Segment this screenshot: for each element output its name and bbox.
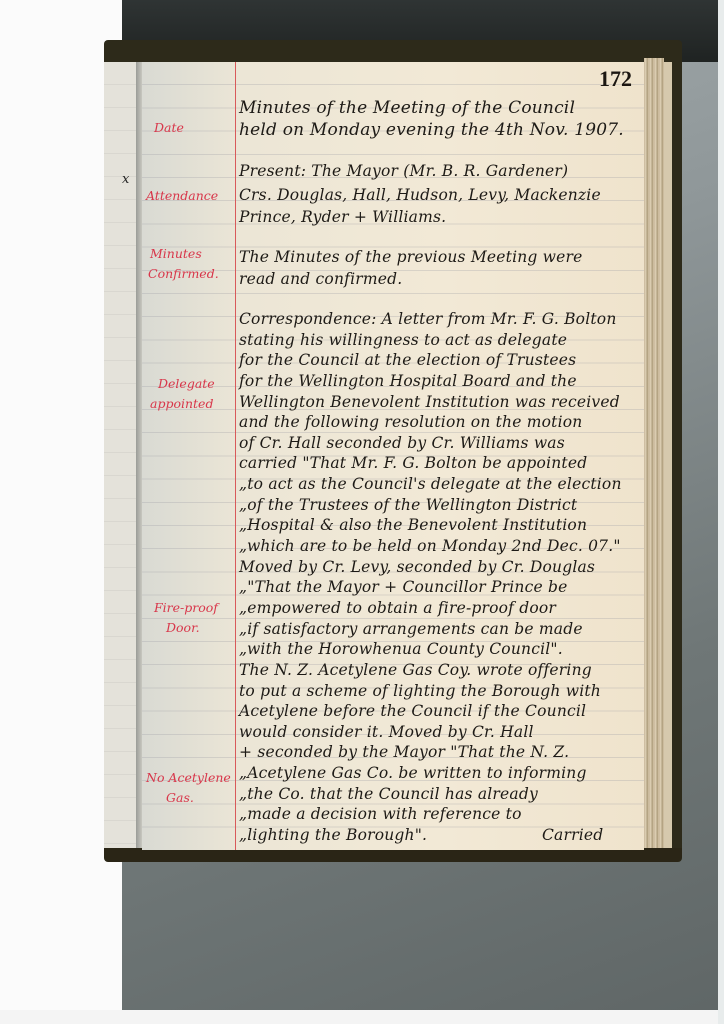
margin-note-confirmed: Confirmed.: [148, 266, 219, 281]
body-line: „the Co. that the Council has already: [239, 785, 538, 803]
attendance-line-2: Prince, Ryder + Williams.: [239, 208, 446, 226]
body-line: „which are to be held on Monday 2nd Dec.…: [239, 537, 621, 555]
carried-note: Carried: [542, 826, 603, 844]
ledger-page: 172 Date Attendance Minutes Confirmed. D…: [142, 62, 644, 850]
body-line: for the Wellington Hospital Board and th…: [239, 372, 577, 390]
body-line: „if satisfactory arrangements can be mad…: [239, 620, 583, 638]
body-line: The N. Z. Acetylene Gas Coy. wrote offer…: [239, 661, 592, 679]
margin-note-fire-proof: Fire-proof: [154, 600, 218, 615]
body-line: stating his willingness to act as delega…: [239, 331, 567, 349]
body-line: „lighting the Borough".: [239, 826, 427, 844]
body-line: would consider it. Moved by Cr. Hall: [239, 723, 534, 741]
margin-note-minutes: Minutes: [150, 246, 202, 261]
minutes-confirmed-line-2: read and confirmed.: [239, 270, 402, 288]
body-line: „of the Trustees of the Wellington Distr…: [239, 496, 577, 514]
book-binding-bottom: [104, 848, 682, 862]
body-line: „Acetylene Gas Co. be written to informi…: [239, 764, 587, 782]
body-line: for the Council at the election of Trust…: [239, 351, 576, 369]
scanner-right-edge: [718, 0, 724, 1024]
facing-page-mark: x: [122, 172, 129, 187]
minutes-date-line: held on Monday evening the 4th Nov. 1907…: [239, 120, 624, 140]
margin-note-attendance: Attendance: [146, 188, 218, 203]
body-line: Moved by Cr. Levy, seconded by Cr. Dougl…: [239, 558, 595, 576]
page-edges: [644, 58, 664, 848]
margin-note-delegate: Delegate: [158, 376, 215, 391]
body-line: „made a decision with reference to: [239, 805, 522, 823]
minutes-confirmed-line-1: The Minutes of the previous Meeting were: [239, 248, 582, 266]
body-line: and the following resolution on the moti…: [239, 413, 582, 431]
scanner-bottom-edge: [0, 1010, 724, 1024]
correspondence-line: Correspondence: A letter from Mr. F. G. …: [239, 310, 617, 328]
margin-note-door: Door.: [166, 620, 200, 635]
facing-page-strip: x: [104, 62, 136, 852]
page-number: 172: [599, 66, 632, 92]
minutes-heading: Minutes of the Meeting of the Council: [239, 98, 575, 118]
body-line: of Cr. Hall seconded by Cr. Williams was: [239, 434, 565, 452]
body-line: „to act as the Council's delegate at the…: [239, 475, 622, 493]
attendance-line-1: Crs. Douglas, Hall, Hudson, Levy, Macken…: [239, 186, 601, 204]
body-line: „"That the Mayor + Councillor Prince be: [239, 578, 567, 596]
margin-note-date: Date: [154, 120, 184, 135]
margin-rule: [235, 62, 236, 850]
body-line: „Hospital & also the Benevolent Institut…: [239, 516, 587, 534]
margin-note-appointed: appointed: [150, 396, 213, 411]
body-line: carried "That Mr. F. G. Bolton be appoin…: [239, 454, 587, 472]
body-line: Wellington Benevolent Institution was re…: [239, 393, 620, 411]
present-line: Present: The Mayor (Mr. B. R. Gardener): [239, 162, 568, 180]
body-line: Acetylene before the Council if the Coun…: [239, 702, 586, 720]
margin-note-no-acetylene: No Acetylene: [146, 770, 231, 785]
margin-note-gas: Gas.: [166, 790, 194, 805]
body-line: „empowered to obtain a fire-proof door: [239, 599, 556, 617]
body-line: „with the Horowhenua County Council".: [239, 640, 563, 658]
body-line: + seconded by the Mayor "That the N. Z.: [239, 743, 569, 761]
body-line: to put a scheme of lighting the Borough …: [239, 682, 601, 700]
